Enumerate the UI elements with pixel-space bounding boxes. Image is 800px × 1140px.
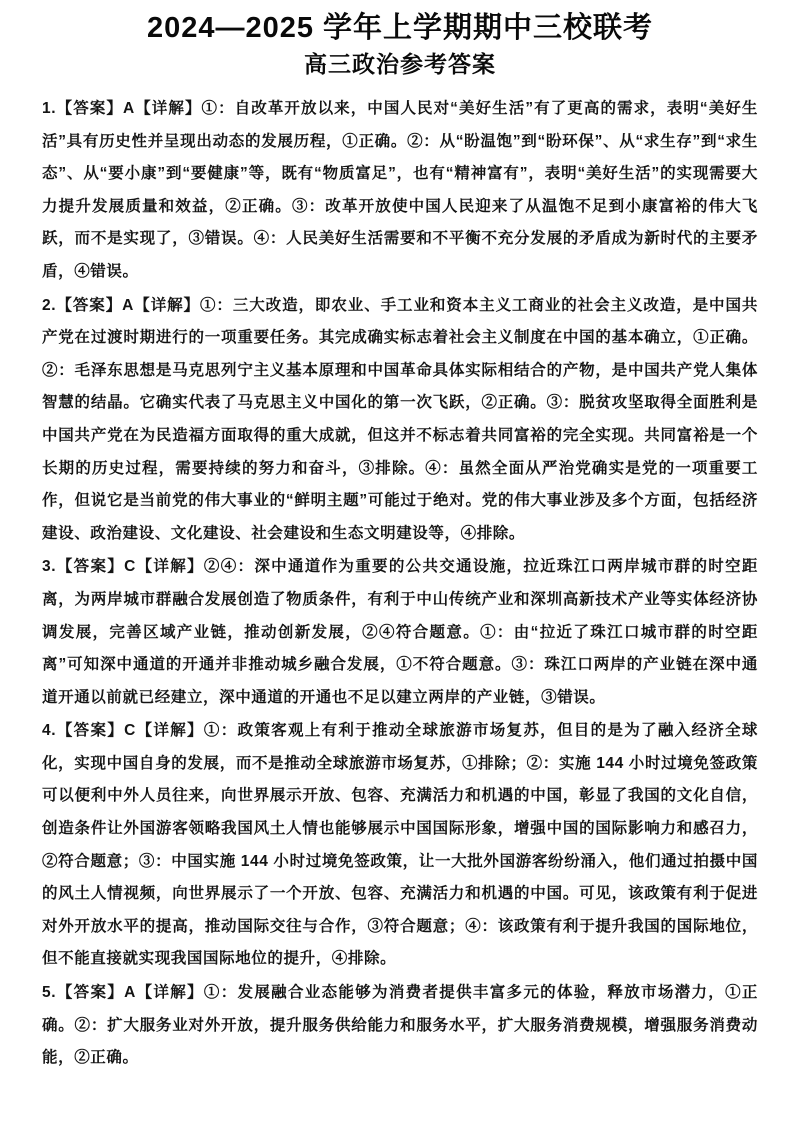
answer-item-3: 3.【答案】C【详解】②④：深中通道作为重要的公共交通设施，拉近珠江口两岸城市群… [42,551,758,714]
answer-item-1: 1.【答案】A【详解】①：自改革开放以来，中国人民对“美好生活”有了更高的需求，… [42,93,758,289]
detail-label: 【详解】 [135,100,202,117]
answer-label: 【答案】 [56,100,123,117]
document-title: 2024—2025 学年上学期期中三校联考 [42,8,758,48]
answer-number: 4. [42,722,56,739]
answer-item-4: 4.【答案】C【详解】①：政策客观上有利于推动全球旅游市场复苏，但目的是为了融入… [42,715,758,976]
answer-label: 【答案】 [56,722,124,739]
detail-label: 【详解】 [136,558,204,575]
answer-label: 【答案】 [56,558,124,575]
answer-number: 3. [42,558,56,575]
answer-letter: A [122,297,134,314]
detail-label: 【详解】 [136,722,204,739]
answer-number: 2. [42,297,56,314]
answer-letter: C [124,558,136,575]
document-header: 2024—2025 学年上学期期中三校联考 高三政治参考答案 [42,8,758,81]
answer-label: 【答案】 [56,984,124,1001]
detail-text: ①：政策客观上有利于推动全球旅游市场复苏，但目的是为了融入经济全球化，实现中国自… [42,722,758,967]
document-subtitle: 高三政治参考答案 [42,48,758,81]
answer-key-document: 2024—2025 学年上学期期中三校联考 高三政治参考答案 1.【答案】A【详… [0,0,800,1140]
detail-text: ①：三大改造，即农业、手工业和资本主义工商业的社会主义改造，是中国共产党在过渡时… [42,297,758,542]
detail-text: ①：自改革开放以来，中国人民对“美好生活”有了更高的需求，表明“美好生活”具有历… [42,100,758,280]
answers-list: 1.【答案】A【详解】①：自改革开放以来，中国人民对“美好生活”有了更高的需求，… [42,93,758,1075]
detail-text: ②④：深中通道作为重要的公共交通设施，拉近珠江口两岸城市群的时空距离，为两岸城市… [42,558,758,705]
answer-number: 5. [42,984,56,1001]
detail-label: 【详解】 [134,297,200,314]
answer-item-2: 2.【答案】A【详解】①：三大改造，即农业、手工业和资本主义工商业的社会主义改造… [42,290,758,551]
answer-letter: A [124,984,136,1001]
answer-number: 1. [42,100,56,117]
answer-label: 【答案】 [56,297,122,314]
answer-letter: C [124,722,136,739]
answer-item-5: 5.【答案】A【详解】①：发展融合业态能够为消费者提供丰富多元的体验，释放市场潜… [42,977,758,1075]
answer-letter: A [123,100,135,117]
detail-label: 【详解】 [136,984,204,1001]
